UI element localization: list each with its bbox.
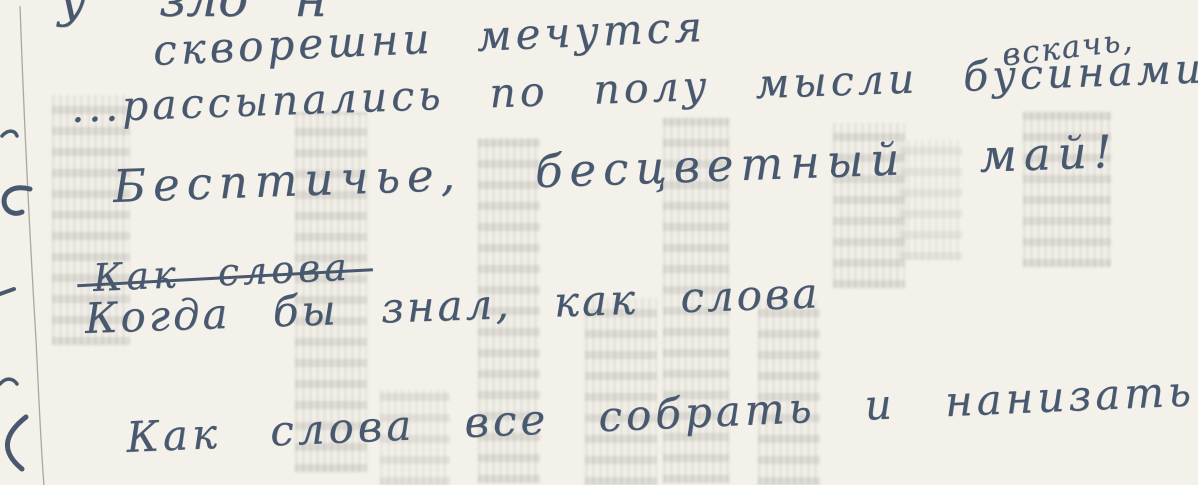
- handwritten-line-may: Бесптичье, бесцветный май!: [112, 125, 1119, 213]
- paper-crease: [20, 6, 44, 485]
- handwritten-final-text: Как слова все собрать и нанизать: [125, 366, 1196, 462]
- ink-fragment: [0, 289, 14, 294]
- ink-fragment: [0, 379, 17, 384]
- manuscript-page: узлон скворешни мечутся вскачь, ...рассы…: [0, 0, 1198, 485]
- handwritten-fragment: у: [58, 0, 87, 28]
- handwritten-line-final: Как слова все собрать и нанизать?: [124, 333, 1198, 470]
- ink-fragment: [7, 417, 26, 469]
- ink-fragment: [2, 131, 17, 136]
- ink-fragment: [4, 188, 30, 214]
